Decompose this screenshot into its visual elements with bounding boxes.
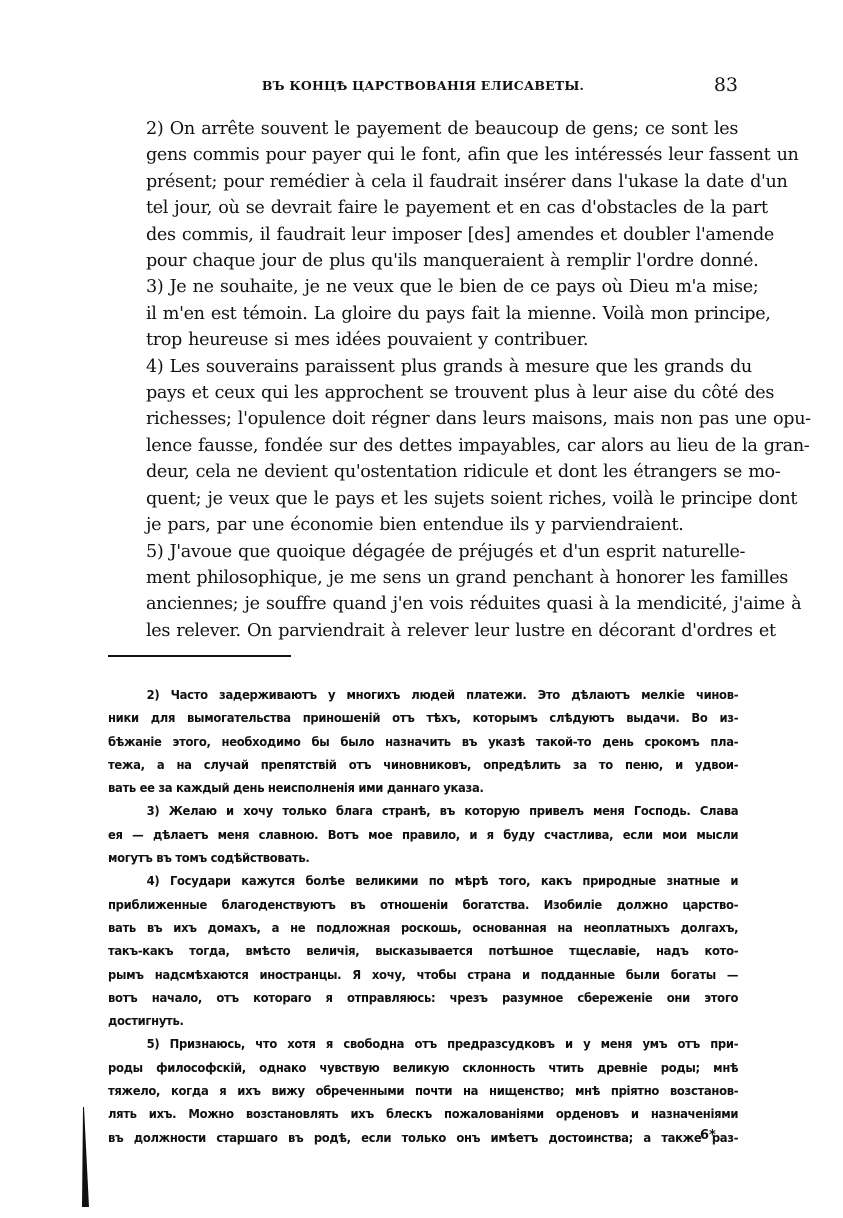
signature-mark: 6*	[700, 1128, 716, 1143]
text-line: pour chaque jour de plus qu'ils manquera…	[108, 248, 738, 274]
note-line: вать ее за каждый день неисполненія ими …	[108, 776, 738, 799]
note-line: вать въ ихъ домахъ, а не подложная роско…	[108, 916, 738, 939]
binding-edge-mark	[82, 1107, 90, 1207]
note-line: достигнуть.	[108, 1009, 738, 1032]
main-text: 2) On arrête souvent le payement de beau…	[108, 116, 738, 644]
text-line: 3) Je ne souhaite, je ne veux que le bie…	[108, 274, 738, 300]
text-line: 2) On arrête souvent le payement de beau…	[108, 116, 738, 142]
paragraph-5: 5) J'avoue que quoique dégagée de préjug…	[108, 539, 738, 645]
footnote-separator	[108, 655, 291, 657]
footnotes: 2) Часто задерживаютъ у многихъ людей пл…	[108, 683, 688, 1149]
note-line: 2) Часто задерживаютъ у многихъ людей пл…	[108, 683, 738, 706]
note-line: могутъ въ томъ содѣйствовать.	[108, 846, 738, 869]
note-line: 5) Признаюсь, что хотя я свободна отъ пр…	[108, 1032, 738, 1055]
text-line: anciennes; je souffre quand j'en vois ré…	[108, 591, 738, 617]
running-head: ВЪ КОНЦѢ ЦАРСТВОВАНІЯ ЕЛИСАВЕТЫ. 83	[108, 74, 738, 98]
text-line: ment philosophique, je me sens un grand …	[108, 565, 738, 591]
footnote-5: 5) Признаюсь, что хотя я свободна отъ пр…	[108, 1032, 738, 1148]
paragraph-4: 4) Les souverains paraissent plus grands…	[108, 354, 738, 539]
note-line: рымъ надсмѣхаются иностранцы. Я хочу, чт…	[108, 963, 738, 986]
note-line: въ должности старшаго въ родѣ, если толь…	[108, 1126, 738, 1149]
text-line: trop heureuse si mes idées pouvaient y c…	[108, 327, 738, 353]
note-line: 3) Желаю и хочу только блага странѣ, въ …	[108, 799, 738, 822]
text-line: tel jour, où se devrait faire le payemen…	[108, 195, 738, 221]
text-line: je pars, par une économie bien entendue …	[108, 512, 738, 538]
note-line: 4) Государи кажутся болѣе великими по мѣ…	[108, 869, 738, 892]
footnote-3: 3) Желаю и хочу только блага странѣ, въ …	[108, 799, 738, 869]
text-line: il m'en est témoin. La gloire du pays fa…	[108, 301, 738, 327]
footnote-2: 2) Часто задерживаютъ у многихъ людей пл…	[108, 683, 738, 799]
text-line: 4) Les souverains paraissent plus grands…	[108, 354, 738, 380]
text-line: présent; pour remédier à cela il faudrai…	[108, 169, 738, 195]
note-line: тяжело, когда я ихъ вижу обреченными поч…	[108, 1079, 738, 1102]
paragraph-2: 2) On arrête souvent le payement de beau…	[108, 116, 738, 274]
note-line: бѣжаніе этого, необходимо бы было назнач…	[108, 730, 738, 753]
text-line: richesses; l'opulence doit régner dans l…	[108, 406, 738, 432]
text-line: pays et ceux qui les approchent se trouv…	[108, 380, 738, 406]
note-line: такъ-какъ тогда, вмѣсто величія, высказы…	[108, 939, 738, 962]
text-line: lence fausse, fondée sur des dettes impa…	[108, 433, 738, 459]
note-line: ники для вымогательства приношеній отъ т…	[108, 706, 738, 729]
note-line: роды философскій, однако чувствую велику…	[108, 1056, 738, 1079]
running-title: ВЪ КОНЦѢ ЦАРСТВОВАНІЯ ЕЛИСАВЕТЫ.	[108, 78, 738, 93]
note-line: ея — дѣлаетъ меня славною. Вотъ мое прав…	[108, 823, 738, 846]
page-number: 83	[714, 74, 738, 96]
note-line: вотъ начало, отъ котораго я отправляюсь:…	[108, 986, 738, 1009]
text-line: des commis, il faudrait leur imposer [de…	[108, 222, 738, 248]
text-line: 5) J'avoue que quoique dégagée de préjug…	[108, 539, 738, 565]
text-line: deur, cela ne devient qu'ostentation rid…	[108, 459, 738, 485]
paragraph-3: 3) Je ne souhaite, je ne veux que le bie…	[108, 274, 738, 353]
note-line: тежа, а на случай препятствій отъ чиновн…	[108, 753, 738, 776]
footnote-4: 4) Государи кажутся болѣе великими по мѣ…	[108, 869, 738, 1032]
text-line: quent; je veux que le pays et les sujets…	[108, 486, 738, 512]
text-line: les relever. On parviendrait à relever l…	[108, 618, 738, 644]
text-line: gens commis pour payer qui le font, afin…	[108, 142, 738, 168]
note-line: приближенные благоденствуютъ въ отношені…	[108, 893, 738, 916]
note-line: лять ихъ. Можно возстановлять ихъ блескъ…	[108, 1102, 738, 1125]
